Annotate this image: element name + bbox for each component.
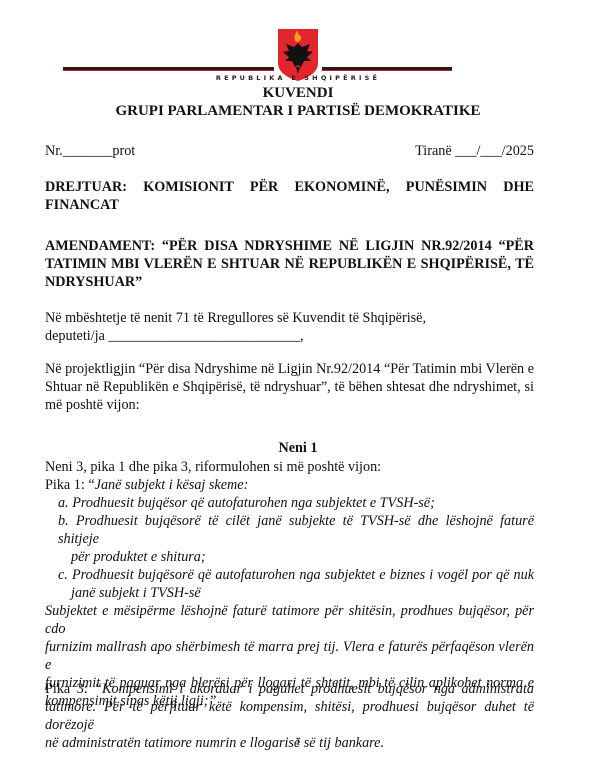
closing-line-2: furnizim mallrash apo shërbimesh të marr… [45,638,534,674]
item-c-line-1: c. Prodhuesit bujqësorë që autofaturohen… [58,566,534,584]
header-rule-right [322,67,452,71]
parliamentary-group: GRUPI PARLAMENTAR I PARTISË DEMOKRATIKE [0,103,596,120]
item-c: c. Prodhuesit bujqësorë që autofaturohen… [45,566,534,602]
republic-name: REPUBLIKA E SHQIPËRISË [0,74,596,82]
protocol-number: Nr._______prot [45,142,135,160]
deputy-line: deputeti/ja ___________________________, [45,327,534,345]
amendment-line-2: TATIMIN MBI VLERËN E SHTUAR NË REPUBLIKË… [45,255,534,273]
legal-basis: Në mbështetje të nenit 71 të Rregullores… [45,309,534,345]
institution-name: KUVENDI [0,85,596,102]
article-lead: Neni 3, pika 1 dhe pika 3, riformulohen … [45,458,534,476]
amendment-line-1: AMENDAMENT: “PËR DISA NDRYSHIME NË LIGJI… [45,237,534,255]
pika-1-label: Pika 1: “ [45,477,95,493]
pika-1-heading: Pika 1: “Janë subjekt i kësaj skeme: [45,476,534,494]
item-a: a. Prodhuesit bujqësor që autofaturohen … [45,494,534,512]
intro-paragraph: Në projektligjin “Për disa Ndryshime në … [45,360,534,414]
intro-line-2: Shtuar në Republikën e Shqipërisë, të nd… [45,378,534,396]
place-date: Tiranë ___/___/2025 [415,142,534,160]
legal-basis-line-1: Në mbështetje të nenit 71 të Rregullores… [45,309,534,327]
article-title: Neni 1 [0,440,596,457]
item-a-line-1: a. Prodhuesit bujqësor që autofaturohen … [58,495,435,511]
article-body: Neni 3, pika 1 dhe pika 3, riformulohen … [45,458,534,710]
pika-3-line-2: tatimore. Për të përfituar këtë kompensi… [45,698,534,734]
closing-line-1: Subjektet e mësipërme lëshojnë faturë ta… [45,602,534,638]
addressee: DREJTUAR: KOMISIONIT PËR EKONOMINË, PUNË… [45,178,534,214]
pika-1-text: Janë subjekt i kësaj skeme: [95,477,249,493]
item-b-line-2: për produktet e shitura; [58,548,534,566]
item-b-line-1: b. Prodhuesit bujqësorë të cilët janë su… [58,512,534,548]
item-c-line-2: janë subjekt i TVSH-së [58,584,534,602]
header-rule-left [63,67,274,71]
pika-3-line-1: Pika 3: “Kompensimi i akorduar i paguhet… [45,680,534,698]
item-b: b. Prodhuesit bujqësorë të cilët janë su… [45,512,534,566]
intro-line-3: më poshtë vijon: [45,397,140,413]
addressee-line-2: FINANCAT [45,197,119,213]
pika-3-label: Pika 3: [45,681,94,697]
intro-line-1: Në projektligjin “Për disa Ndryshime në … [45,360,534,378]
addressee-line-1: DREJTUAR: KOMISIONIT PËR EKONOMINË, PUNË… [45,178,534,196]
amendment-line-3: NDRYSHUAR” [45,273,534,291]
page-number: 1 [0,737,596,748]
amendment-title: AMENDAMENT: “PËR DISA NDRYSHIME NË LIGJI… [45,237,534,291]
